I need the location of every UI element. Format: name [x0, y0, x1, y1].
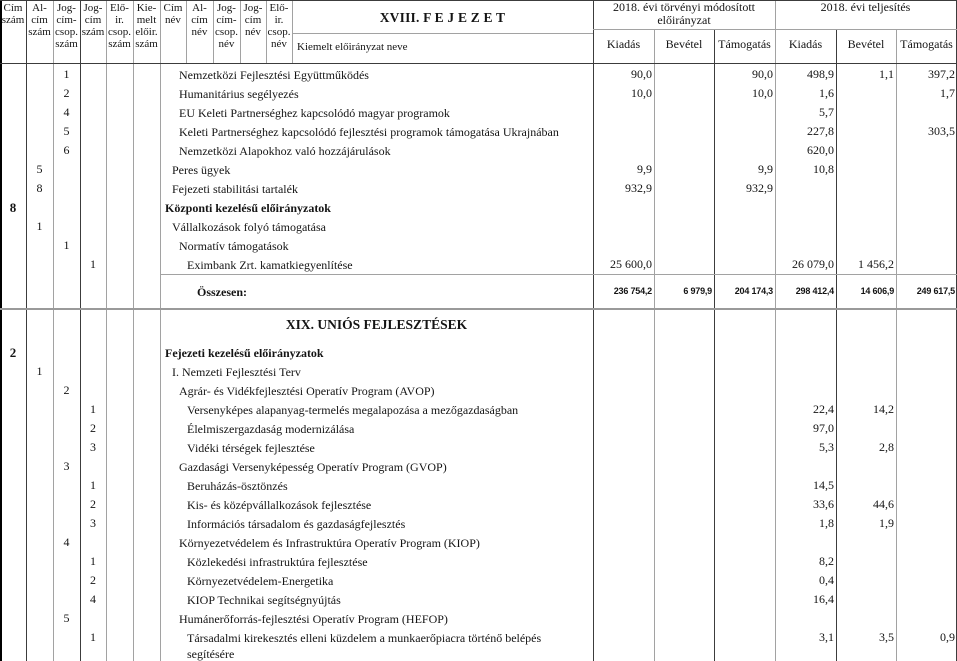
- value-kiadas-plan: 25 600,0: [593, 255, 654, 274]
- appropriation-name: Eximbank Zrt. kamatkiegyenlítése: [187, 255, 590, 273]
- header-eloircsop-szam: Elő- ir. csop. szám: [106, 0, 133, 62]
- value-kiadas-actual: 0,4: [775, 571, 836, 590]
- value-bevetel-actual: 1,1: [836, 65, 896, 84]
- appropriation-name: Élelmiszergazdaság modernizálása: [187, 419, 590, 437]
- grid-line-vertical: [593, 0, 594, 661]
- code-jcsop: 1: [53, 236, 80, 255]
- appropriation-name: Humanitárius segélyezés: [179, 84, 590, 102]
- value-kiadas-plan: 10,0: [593, 84, 654, 103]
- appropriation-name: Közlekedési infrastruktúra fejlesztése: [187, 552, 590, 570]
- total-label: Összesen:: [197, 274, 247, 308]
- value-kiadas-actual: 227,8: [775, 122, 836, 141]
- header-bevetel-2: Bevétel: [836, 33, 896, 55]
- code-jcsop: 3: [53, 457, 80, 476]
- header-kiadas-1: Kiadás: [593, 33, 654, 55]
- code-jcsop: 2: [53, 381, 80, 400]
- header-kiemelt-eloir-szam: Kie- melt előir. szám: [133, 0, 160, 62]
- value-bevetel-actual: 3,5: [836, 628, 896, 647]
- header-alcim-szam: Al- cím szám: [26, 0, 53, 62]
- appropriation-name: EU Keleti Partnerséghez kapcsolódó magya…: [179, 103, 590, 121]
- grid-line-vertical: [26, 0, 27, 661]
- grid-line-vertical: [53, 0, 54, 661]
- appropriation-name: Vidéki térségek fejlesztése: [187, 438, 590, 456]
- value-bevetel-actual: 1,9: [836, 514, 896, 533]
- grid-line-vertical: [836, 29, 837, 661]
- code-jcsop: 6: [53, 141, 80, 160]
- grid-line-vertical: [896, 29, 897, 661]
- grid-line-vertical: [240, 0, 241, 63]
- value-kiadas-plan: 9,9: [593, 160, 654, 179]
- group-header-modified-appropriation: 2018. évi törvényi módosított előirányza…: [593, 0, 775, 29]
- grid-line-horizontal: [292, 33, 593, 34]
- header-bevetel-1: Bevétel: [654, 33, 714, 55]
- value-kiadas-plan: 932,9: [593, 179, 654, 198]
- total-bevetel-actual: 14 606,9: [836, 274, 896, 308]
- appropriation-name: Környezetvédelem-Energetika: [187, 571, 590, 589]
- value-kiadas-actual: 10,8: [775, 160, 836, 179]
- value-kiadas-plan: 90,0: [593, 65, 654, 84]
- code-jcim: 3: [80, 438, 106, 457]
- code-jcim: 1: [80, 400, 106, 419]
- code-cim: 8: [0, 198, 26, 217]
- header-alcim-nev: Al- cím név: [186, 0, 213, 62]
- section-title: XIX. UNIÓS FEJLESZTÉSEK: [160, 308, 593, 342]
- header-kiadas-2: Kiadás: [775, 33, 836, 55]
- value-kiadas-actual: 1,8: [775, 514, 836, 533]
- appropriation-name: Beruházás-ösztönzés: [187, 476, 590, 494]
- appropriation-name: Kis- és középvállalkozások fejlesztése: [187, 495, 590, 513]
- code-jcsop: 5: [53, 609, 80, 628]
- appropriation-name: Társadalmi kirekesztés elleni küzdelem a…: [187, 628, 590, 661]
- value-tamogatas-plan: 932,9: [714, 179, 775, 198]
- value-kiadas-actual: 33,6: [775, 495, 836, 514]
- header-tamogatas-2: Támogatás: [896, 33, 957, 55]
- code-jcim: 2: [80, 571, 106, 590]
- code-jcsop: 4: [53, 533, 80, 552]
- code-jcim: 1: [80, 255, 106, 274]
- appropriation-name: Normatív támogatások: [179, 236, 590, 254]
- value-tamogatas-actual: 1,7: [896, 84, 957, 103]
- appropriation-name: Vállalkozások folyó támogatása: [172, 217, 590, 235]
- value-kiadas-actual: 498,9: [775, 65, 836, 84]
- appropriation-name: Környezetvédelem és Infrastruktúra Opera…: [179, 533, 590, 551]
- appropriation-name: Központi kezelésű előirányzatok: [165, 198, 590, 216]
- appropriation-name: I. Nemzeti Fejlesztési Terv: [172, 362, 590, 380]
- header-jogcimcsop-szam: Jog- cím- csop. szám: [53, 0, 80, 62]
- grid-line-vertical: [292, 0, 293, 63]
- value-bevetel-actual: 2,8: [836, 438, 896, 457]
- appropriation-name: Fejezeti kezelésű előirányzatok: [165, 343, 590, 361]
- grid-line-horizontal: [0, 0, 957, 1]
- value-kiadas-actual: 14,5: [775, 476, 836, 495]
- total-kiadas-plan: 236 754,2: [593, 274, 654, 308]
- code-jcsop: 4: [53, 103, 80, 122]
- grid-line-horizontal: [0, 63, 957, 64]
- header-eloircsop-nev: Elő- ir. csop. név: [266, 0, 292, 62]
- code-alcim: 1: [26, 217, 53, 236]
- code-jcim: 1: [80, 476, 106, 495]
- group-header-performance: 2018. évi teljesítés: [775, 0, 956, 29]
- value-bevetel-actual: 14,2: [836, 400, 896, 419]
- code-alcim: 1: [26, 362, 53, 381]
- grid-line-vertical: [0, 0, 2, 661]
- code-jcim: 1: [80, 552, 106, 571]
- grid-line-horizontal: [160, 274, 957, 275]
- total-tamogatas-actual: 249 617,5: [896, 274, 957, 308]
- total-tamogatas-plan: 204 174,3: [714, 274, 775, 308]
- value-kiadas-actual: 8,2: [775, 552, 836, 571]
- value-kiadas-actual: 5,7: [775, 103, 836, 122]
- appropriation-name: Humánerőforrás-fejlesztési Operatív Prog…: [179, 609, 590, 627]
- value-kiadas-actual: 16,4: [775, 590, 836, 609]
- appropriation-name: Nemzetközi Fejlesztési Együttműködés: [179, 65, 590, 83]
- code-jcim: 4: [80, 590, 106, 609]
- code-jcim: 1: [80, 628, 106, 647]
- value-kiadas-actual: 3,1: [775, 628, 836, 647]
- value-bevetel-actual: 44,6: [836, 495, 896, 514]
- total-bevetel-plan: 6 979,9: [654, 274, 714, 308]
- value-kiadas-actual: 26 079,0: [775, 255, 836, 274]
- appropriation-name: KIOP Technikai segítségnyújtás: [187, 590, 590, 608]
- budget-table-page: Cím szám Al- cím szám Jog- cím- csop. sz…: [0, 0, 957, 661]
- appropriation-name: Agrár- és Vidékfejlesztési Operatív Prog…: [179, 381, 590, 399]
- value-tamogatas-plan: 9,9: [714, 160, 775, 179]
- chapter-title: XVIII. F E J E Z E T: [292, 0, 593, 33]
- appropriation-name: Peres ügyek: [172, 160, 590, 178]
- appropriation-name: Fejezeti stabilitási tartalék: [172, 179, 590, 197]
- code-jcsop: 1: [53, 65, 80, 84]
- value-tamogatas-plan: 10,0: [714, 84, 775, 103]
- grid-line-vertical: [714, 29, 715, 661]
- name-column-header: Kiemelt előirányzat neve: [297, 33, 408, 63]
- grid-line-vertical: [775, 0, 776, 661]
- code-jcsop: 2: [53, 84, 80, 103]
- grid-line-vertical: [160, 0, 161, 661]
- header-tamogatas-1: Támogatás: [714, 33, 775, 55]
- header-jogcimcsop-nev: Jog- cím- csop. név: [213, 0, 240, 62]
- code-jcim: 2: [80, 419, 106, 438]
- value-tamogatas-actual: 0,9: [896, 628, 957, 647]
- header-jogcim-nev: Jog- cím név: [240, 0, 266, 62]
- code-jcsop: 5: [53, 122, 80, 141]
- value-kiadas-actual: 620,0: [775, 141, 836, 160]
- appropriation-name: Nemzetközi Alapokhoz való hozzájárulások: [179, 141, 590, 159]
- grid-line-vertical: [654, 29, 655, 661]
- value-kiadas-actual: 22,4: [775, 400, 836, 419]
- grid-line-vertical: [133, 0, 134, 661]
- header-cim-szam: Cím szám: [0, 0, 26, 62]
- grid-line-vertical: [213, 0, 214, 63]
- value-kiadas-actual: 5,3: [775, 438, 836, 457]
- appropriation-name: Gazdasági Versenyképesség Operatív Progr…: [179, 457, 590, 475]
- value-kiadas-actual: 1,6: [775, 84, 836, 103]
- appropriation-name: Keleti Partnerséghez kapcsolódó fejleszt…: [179, 122, 590, 140]
- header-cim-nev: Cím név: [160, 0, 186, 62]
- value-kiadas-actual: 97,0: [775, 419, 836, 438]
- code-alcim: 5: [26, 160, 53, 179]
- grid-line-vertical: [186, 0, 187, 63]
- grid-line-horizontal: [593, 29, 957, 30]
- appropriation-name: Információs társadalom és gazdaságfejles…: [187, 514, 590, 532]
- appropriation-name: Versenyképes alapanyag-termelés megalapo…: [187, 400, 590, 418]
- grid-line-vertical: [80, 0, 81, 661]
- header-jogcim-szam: Jog- cím szám: [80, 0, 106, 62]
- code-jcim: 2: [80, 495, 106, 514]
- grid-line-vertical: [266, 0, 267, 63]
- value-tamogatas-actual: 303,5: [896, 122, 957, 141]
- grid-line-vertical: [106, 0, 107, 661]
- code-alcim: 8: [26, 179, 53, 198]
- code-cim: 2: [0, 343, 26, 362]
- total-kiadas-actual: 298 412,4: [775, 274, 836, 308]
- value-tamogatas-plan: 90,0: [714, 65, 775, 84]
- value-bevetel-actual: 1 456,2: [836, 255, 896, 274]
- grid-line-horizontal: [0, 308, 957, 310]
- value-tamogatas-actual: 397,2: [896, 65, 957, 84]
- code-jcim: 3: [80, 514, 106, 533]
